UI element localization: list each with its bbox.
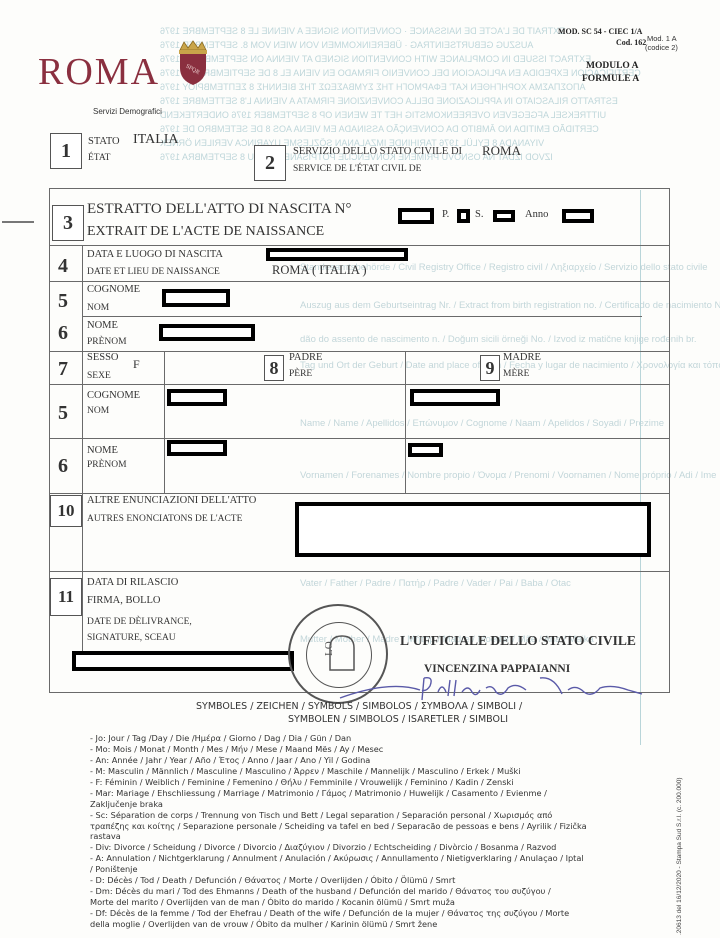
field-11-label-it-2: FIRMA, BOLLO — [87, 595, 161, 606]
field-6b-label-it: NOME — [87, 445, 118, 456]
legend-line: - Div: Divorce / Scheidung / Divorce / D… — [90, 842, 556, 852]
svg-text:LO: LO — [323, 641, 335, 656]
margin-mark — [2, 221, 34, 223]
field-2-label-fr: SERVICE DE L'ÉTAT CIVIL DE — [293, 164, 421, 174]
redacted-s — [493, 210, 515, 222]
field-1-value: ITALIA — [133, 132, 179, 148]
codice: (codice 2) — [645, 43, 678, 52]
bleed-text: ESTRATTO RILASCIATO IN APPLICAZIONE DELL… — [160, 96, 618, 106]
legend-line: τραπέζης και κοίτης / Separazione person… — [90, 821, 587, 831]
legend-line: - Mo: Mois / Monat / Month / Mes / Μήν /… — [90, 744, 383, 754]
field-number-11: 11 — [50, 578, 82, 616]
field-11-label-fr-1: DATE DE DÈLIVRANCE, — [87, 617, 192, 627]
redacted-act-number — [398, 208, 434, 224]
field-number-3: 3 — [52, 205, 84, 241]
field-5b-label-fr: NOM — [87, 406, 109, 416]
field-2-label-it: SERVIZIO DELLO STATO CIVILE DI — [293, 146, 462, 157]
legend-line: - D: Décès / Tod / Death / Defunción / Θ… — [90, 875, 455, 885]
legend-line: - An: Année / Jahr / Year / Año / Έτος /… — [90, 755, 370, 765]
legend-line: - Sc: Séparation de corps / Trennung von… — [90, 810, 552, 820]
field-11-label-fr-2: SIGNATURE, SCEAU — [87, 633, 176, 643]
formule-label: FORMULE A — [582, 74, 639, 84]
legend-line: - A: Annulation / Nichtgerklarung / Annu… — [90, 853, 584, 863]
field-3-label-fr: EXTRAIT DE L'ACTE DE NAISSANCE — [87, 224, 324, 240]
field-8-label-fr: PÈRE — [289, 369, 312, 379]
department-name: Servizi Demografici — [93, 107, 162, 116]
bleed-text: CERTIDÃO EMITIDA NO ÂMBITO DA CONVENÇÃO … — [160, 124, 599, 134]
field-number-7: 7 — [58, 358, 68, 381]
redacted-birth-date — [266, 248, 408, 261]
legend-line: della moglie / Overlijden van de vrouw /… — [90, 919, 437, 929]
modulo-label: MODULO A — [586, 61, 639, 71]
field-9-label-fr: MÈRE — [503, 369, 529, 379]
roma-logo: ROMA — [38, 50, 160, 94]
field-6-label-it: NOME — [87, 320, 118, 331]
field-5b-label-it: COGNOME — [87, 390, 140, 401]
symbols-heading-1: SYMBOLES / ZEICHEN / SYMBOLS / SIMBOLOS … — [196, 701, 522, 712]
redacted-father-name — [167, 440, 227, 456]
field-1-label-it: STATO — [88, 136, 120, 147]
field-7-label-fr: SEXE — [87, 371, 111, 381]
divider — [82, 245, 83, 653]
redacted-p — [457, 209, 470, 223]
divider — [49, 571, 670, 572]
legend-line: - Df: Décès de la femme / Tod der Ehefra… — [90, 908, 569, 918]
divider — [49, 351, 670, 352]
field-10-label-fr: AUTRES ENONCIATONS DE L'ACTE — [87, 514, 242, 524]
divider — [49, 493, 670, 494]
s-label: S. — [475, 209, 483, 220]
field-number-5: 5 — [58, 290, 68, 313]
birth-place: ROMA ( ITALIA ) — [272, 263, 366, 278]
legend-line: - F: Féminin / Weiblich / Feminine / Fem… — [90, 777, 513, 787]
field-1-label-fr: ÉTAT — [88, 153, 110, 163]
divider — [164, 351, 165, 493]
field-number-5-parents: 5 — [58, 402, 68, 425]
legend-line: - Dm: Décès du mari / Tod des Ehmanns / … — [90, 886, 551, 896]
divider — [49, 384, 670, 385]
legend-line: / Poništenje — [90, 864, 138, 874]
redacted-first-name — [159, 324, 255, 341]
field-number-4: 4 — [58, 255, 68, 278]
field-6-label-fr: PRÈNOM — [87, 337, 127, 347]
field-number-8: 8 — [264, 355, 284, 381]
field-3-label-it: ESTRATTO DELL'ATTO DI NASCITA N° — [87, 201, 351, 218]
bleed-text: EXTRAIT DE L'ACTE DE NAISSANCE · CONVENT… — [160, 26, 565, 36]
mod-code: MOD. SC 54 - CIEC 1/A — [558, 27, 642, 36]
redacted-issue-date — [72, 651, 294, 671]
field-11-label-it-1: DATA DI RILASCIO — [87, 577, 178, 588]
sex-value: F — [133, 357, 140, 372]
legend-line: Morte del marito / Overlijden van de man… — [90, 897, 455, 907]
redacted-mother-surname — [410, 389, 500, 406]
field-4-label-fr: DATE ET LIEU DE NAISSANCE — [87, 267, 220, 277]
field-number-6: 6 — [58, 322, 68, 345]
redacted-father-surname — [167, 389, 227, 406]
redacted-other-statements — [295, 502, 651, 557]
legend-line: - M: Masculin / Männlich / Masculine / M… — [90, 766, 521, 776]
printer-note: .20613 del 16/12/2020 - Stampa Sud S.r.l… — [676, 777, 683, 935]
redacted-anno — [562, 209, 594, 223]
legend-line: Zaključenje braka — [90, 799, 163, 809]
field-7-label-it: SESSO — [87, 352, 119, 363]
field-number-6-parents: 6 — [58, 455, 68, 478]
field-4-label-it: DATA E LUOGO DI NASCITA — [87, 249, 223, 260]
divider — [82, 316, 642, 317]
divider — [49, 245, 670, 246]
redacted-mother-name — [408, 443, 443, 457]
legend-line: - Mar: Mariage / Ehschliessung / Marriag… — [90, 788, 547, 798]
bleed-text: AUSZUG GEBURTSEINTRAG · ÜBEREINKOMMEN VO… — [160, 40, 533, 50]
field-10-label-it: ALTRE ENUNCIAZIONI DELL'ATTO — [87, 495, 256, 506]
divider — [405, 351, 406, 493]
field-number-1: 1 — [50, 133, 82, 169]
redacted-surname — [162, 289, 230, 307]
symbols-heading-2: SYMBOLEN / SIMBOLOS / ISARETLER / SIMBOL… — [288, 714, 508, 725]
field-number-2: 2 — [254, 145, 286, 181]
coat-of-arms-icon: SPQR — [176, 40, 210, 86]
field-5-label-it: COGNOME — [87, 284, 140, 295]
field-number-10: 10 — [50, 495, 82, 527]
cod-code: Cod. 162 — [616, 38, 646, 47]
p-label: P. — [442, 209, 449, 220]
mod-number: Mod. 1 A — [647, 34, 677, 43]
bleed-text: CERTIFICACION EXPEDIDA EN APLICACION DEL… — [160, 68, 641, 78]
legend-line: - Jo: Jour / Tag /Day / Die /Ημέρα / Gio… — [90, 733, 351, 743]
anno-label: Anno — [525, 209, 548, 220]
field-6b-label-fr: PRÈNOM — [87, 460, 127, 470]
officer-title: L'UFFICIALE DELLO STATO CIVILE — [400, 633, 636, 649]
field-9-label-it: MADRE — [503, 352, 541, 363]
field-5-label-fr: NOM — [87, 303, 109, 313]
field-2-value: ROMA — [482, 143, 521, 159]
bleed-text: ΑΠΟΣΠΑΣΜΑ ΧΟΡΗΓΗΘΕΝ ΚΑΤ' ΕΦΑΡΜΟΓΗ ΤΗΣ ΣΥ… — [160, 82, 585, 92]
signature-icon — [330, 670, 650, 704]
legend-line: rastava — [90, 831, 121, 841]
divider — [49, 438, 670, 439]
bleed-text: UITTREKSEL AFGEGEVEN OVEREENKOMSTIG HET … — [160, 110, 606, 120]
divider — [49, 281, 670, 282]
bleed-text: EXTRACT ISSUED IN COMPLIANCE WITH CONVEN… — [160, 54, 591, 64]
field-number-9: 9 — [480, 355, 500, 381]
field-8-label-it: PADRE — [289, 352, 322, 363]
